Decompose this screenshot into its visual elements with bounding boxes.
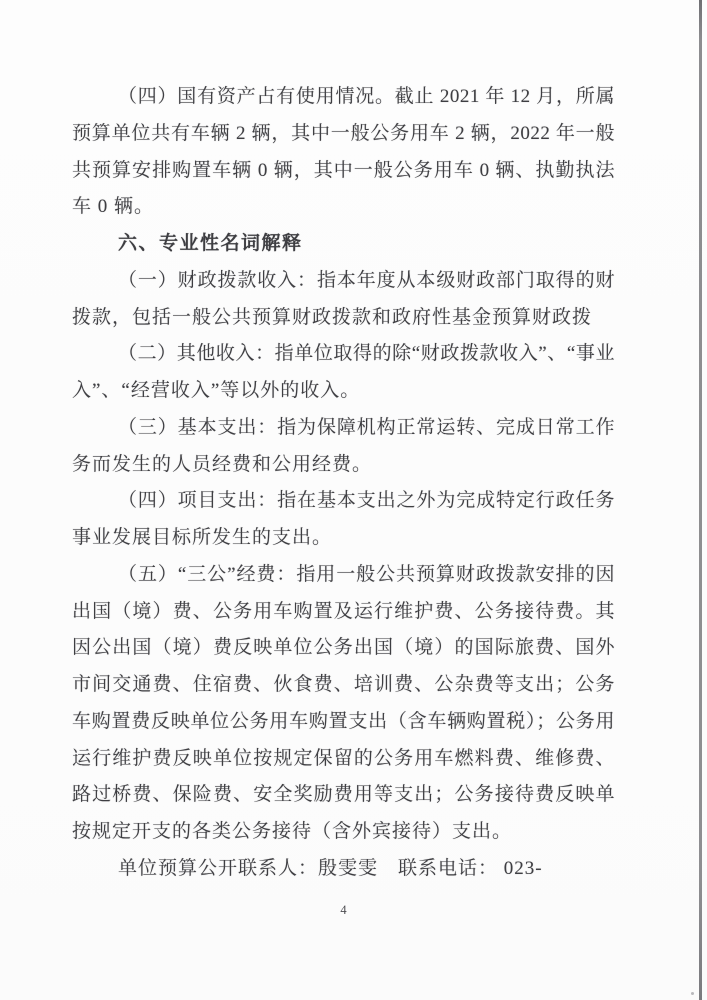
para-term-project-expenditure-line-2: 事业发展目标所发生的支出。 <box>72 520 615 557</box>
para-term-three-public-funds-line-1: （五）“三公”经费：指用一般公共预算财政拨款安排的因公 <box>72 557 615 594</box>
para-contact-info-line-1: 单位预算公开联系人：殷雯雯 联系电话： 023-63637502 <box>72 851 615 888</box>
text-content: （四）国有资产占有使用情况。截止 2021 年 12 月，所属各预算单位共有车辆… <box>72 79 615 888</box>
scan-speck <box>691 992 694 995</box>
para-term-other-income-line-2: 入”、“经营收入”等以外的收入。 <box>72 373 615 410</box>
scan-edge-line <box>699 0 702 1000</box>
para-term-three-public-funds-line-6: 运行维护费反映单位按规定保留的公务用车燃料费、维修费、过 <box>72 741 615 778</box>
para-term-project-expenditure-line-1: （四）项目支出：指在基本支出之外为完成特定行政任务和 <box>72 483 615 520</box>
para-term-three-public-funds-line-2: 出国（境）费、公务用车购置及运行维护费、公务接待费。其中， <box>72 594 615 631</box>
para-term-three-public-funds-line-8: 按规定开支的各类公务接待（含外宾接待）支出。 <box>72 814 615 851</box>
para-term-basic-expenditure-line-1: （三）基本支出：指为保障机构正常运转、完成日常工作任 <box>72 410 615 447</box>
para-term-basic-expenditure-line-2: 务而发生的人员经费和公用经费。 <box>72 447 615 484</box>
para-state-asset-usage-line-1: （四）国有资产占有使用情况。截止 2021 年 12 月，所属各 <box>72 79 615 116</box>
para-term-three-public-funds-line-4: 市间交通费、住宿费、伙食费、培训费、公杂费等支出；公务用 <box>72 667 615 704</box>
para-term-three-public-funds-line-5: 车购置费反映单位公务用车购置支出（含车辆购置税）；公务用车 <box>72 704 615 741</box>
para-state-asset-usage-line-2: 预算单位共有车辆 2 辆，其中一般公务用车 2 辆，2022 年一般公 <box>72 116 615 153</box>
page-number: 4 <box>72 903 615 918</box>
scanned-document-page: （四）国有资产占有使用情况。截止 2021 年 12 月，所属各预算单位共有车辆… <box>0 0 707 1000</box>
para-state-asset-usage-line-3: 共预算安排购置车辆 0 辆，其中一般公务用车 0 辆、执勤执法用 <box>72 153 615 190</box>
heading-terminology-line-1: 六、专业性名词解释 <box>72 226 615 263</box>
para-term-three-public-funds-line-7: 路过桥费、保险费、安全奖励费用等支出；公务接待费反映单位 <box>72 777 615 814</box>
para-term-three-public-funds-line-3: 因公出国（境）费反映单位公务出国（境）的国际旅费、国外城 <box>72 630 615 667</box>
para-term-fiscal-appropriation-income-line-1: （一）财政拨款收入：指本年度从本级财政部门取得的财政 <box>72 263 615 300</box>
para-term-fiscal-appropriation-income-line-2: 拨款，包括一般公共预算财政拨款和政府性基金预算财政拨款。 <box>72 300 615 337</box>
para-state-asset-usage-line-4: 车 0 辆。 <box>72 189 615 226</box>
para-term-other-income-line-1: （二）其他收入：指单位取得的除“财政拨款收入”、“事业收 <box>72 336 615 373</box>
